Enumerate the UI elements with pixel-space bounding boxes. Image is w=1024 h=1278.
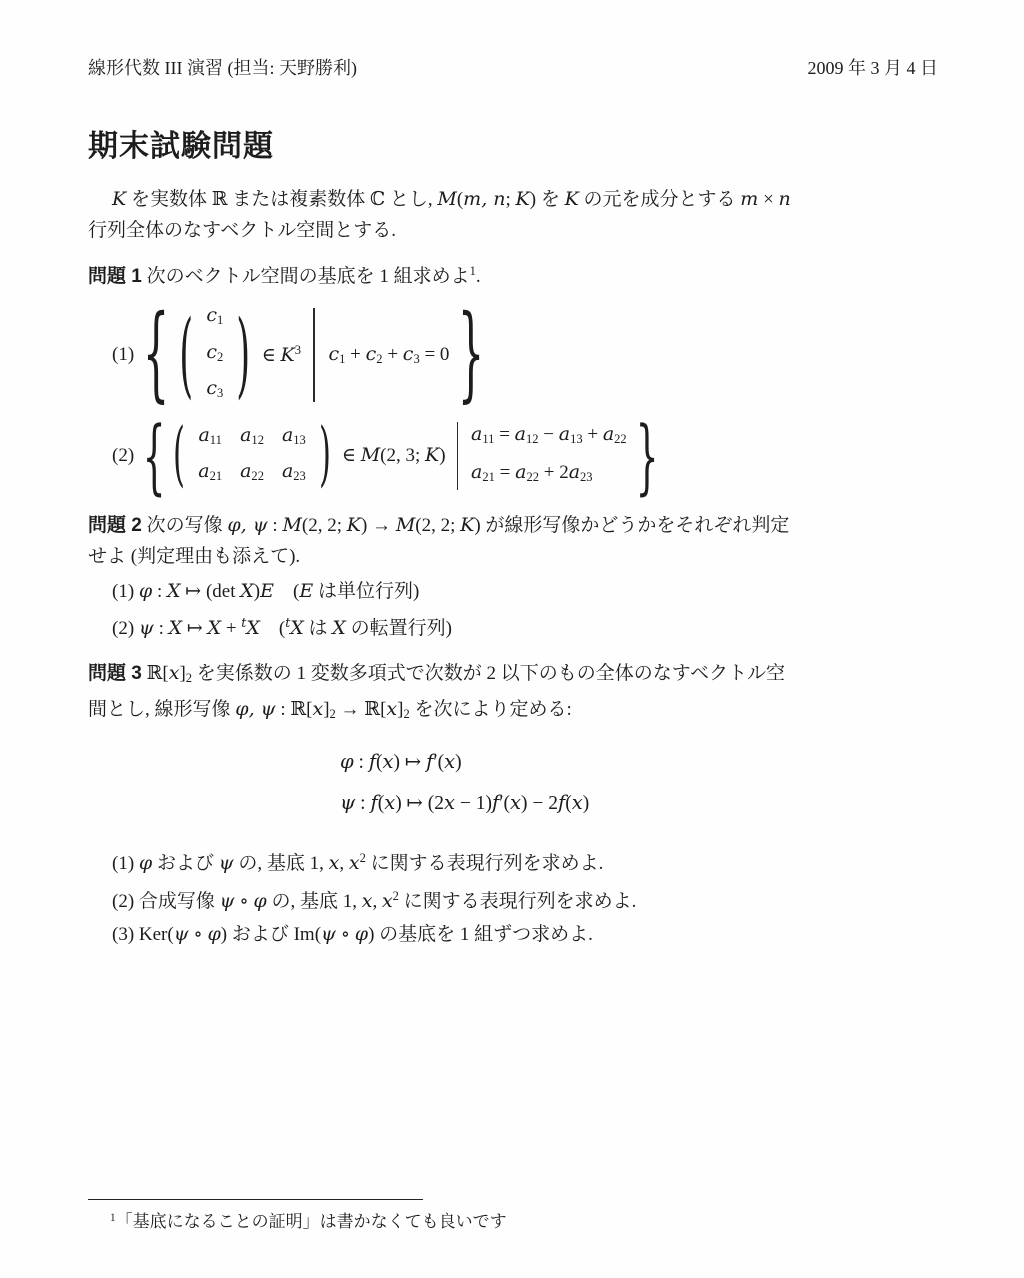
problem3-display-equations: φ : f(x) ↦ f′(x) ψ : f(x) ↦ (2x − 1)f′(x…: [340, 742, 938, 824]
left-paren-delimiter: (: [173, 421, 185, 491]
problem1-equation-2: (2) { ( a11 a12 a13 a21 a22 a23 ) ∈ M(2,…: [112, 414, 938, 498]
matrix-cell: a23: [282, 456, 306, 491]
vector-entry: c3: [206, 373, 223, 410]
footnote-rule: [88, 1199, 423, 1200]
problem3-items: (1) φ および ψ の, 基底 1, x, x2 に関する表現行列を求めよ.…: [88, 842, 938, 951]
set-builder-bar: [457, 422, 459, 490]
footnote-text: 1「基底になることの証明」は書かなくても良いです: [88, 1205, 507, 1235]
left-paren-delimiter: (: [179, 309, 193, 401]
matrix-cell: a11: [198, 420, 221, 455]
matrix-cell: a21: [198, 456, 222, 491]
equation-label: (2): [112, 445, 142, 467]
left-brace-delimiter: {: [143, 303, 170, 406]
problem3-item-1: (1) φ および ψ の, 基底 1, x, x2 に関する表現行列を求めよ.: [112, 842, 938, 880]
problem2-item-1: (1) φ : X ↦ (det X)E (E は単位行列): [112, 576, 938, 607]
problem2-statement: 問題 2 次の写像 φ, ψ : M(2, 2; K) → M(2, 2; K)…: [88, 510, 938, 572]
condition-line: a21 = a22 + 2a23: [471, 456, 627, 494]
set-builder-bar: [313, 308, 315, 402]
matrix-cell: a12: [240, 420, 264, 455]
problem3-item-3: (3) Ker(ψ ∘ φ) および Im(ψ ∘ φ) の基底を 1 組ずつ求…: [112, 918, 938, 951]
date-label: 2009 年 3 月 4 日: [808, 56, 939, 80]
page-content: 線形代数 III 演習 (担当: 天野勝利) 2009 年 3 月 4 日 期末…: [0, 0, 1024, 951]
exam-page: 線形代数 III 演習 (担当: 天野勝利) 2009 年 3 月 4 日 期末…: [0, 0, 1024, 1278]
set-conditions: a11 = a12 − a13 + a22 a21 = a22 + 2a23: [471, 418, 627, 494]
problem1-statement: 問題 1 次のベクトル空間の基底を 1 組求めよ1.: [88, 256, 938, 292]
right-brace-delimiter: }: [458, 303, 485, 406]
problem1-equation-1: (1) { ( c1 c2 c3 ) ∈ K3 c1 + c2 + c3 = 0…: [112, 302, 938, 408]
matrix: a11 a12 a13 a21 a22 a23: [186, 420, 318, 491]
matrix-cell: a22: [240, 456, 264, 491]
problem3-statement: 問題 3 ℝ[x]2 を実係数の 1 変数多項式で次数が 2 以下のもの全体のな…: [88, 658, 938, 730]
right-paren-delimiter: ): [319, 421, 331, 491]
course-label: 線形代数 III 演習 (担当: 天野勝利): [88, 56, 357, 80]
display-equation-psi: ψ : f(x) ↦ (2x − 1)f′(x) − 2f(x): [340, 783, 938, 824]
right-paren-delimiter: ): [237, 309, 251, 401]
left-brace-delimiter: {: [143, 415, 166, 497]
footnote: 1「基底になることの証明」は書かなくても良いです: [88, 1199, 507, 1252]
vector-entry: c1: [206, 300, 223, 337]
right-brace-delimiter: }: [635, 415, 658, 497]
condition-line: a11 = a12 − a13 + a22: [471, 418, 627, 456]
page-title: 期末試験問題: [88, 130, 938, 164]
column-vector: c1 c2 c3: [194, 300, 235, 410]
set-membership: ∈ K3: [262, 343, 301, 367]
problem3-item-2: (2) 合成写像 ψ ∘ φ の, 基底 1, x, x2 に関する表現行列を求…: [112, 880, 938, 918]
problem2-item-2: (2) ψ : X ↦ X + tX (tX は X の転置行列): [112, 607, 938, 644]
display-equation-phi: φ : f(x) ↦ f′(x): [340, 742, 938, 783]
matrix-cell: a13: [282, 420, 306, 455]
equation-label: (1): [112, 344, 142, 366]
vector-entry: c2: [206, 337, 223, 374]
problem2-items: (1) φ : X ↦ (det X)E (E は単位行列) (2) ψ : X…: [88, 576, 938, 644]
set-condition: c1 + c2 + c3 = 0: [329, 343, 450, 367]
set-membership: ∈ M(2, 3; K): [342, 444, 446, 467]
intro-paragraph: K を実数体 ℝ または複素数体 ℂ とし, M(m, n; K) を K の元…: [88, 184, 938, 246]
page-header: 線形代数 III 演習 (担当: 天野勝利) 2009 年 3 月 4 日: [88, 0, 938, 80]
